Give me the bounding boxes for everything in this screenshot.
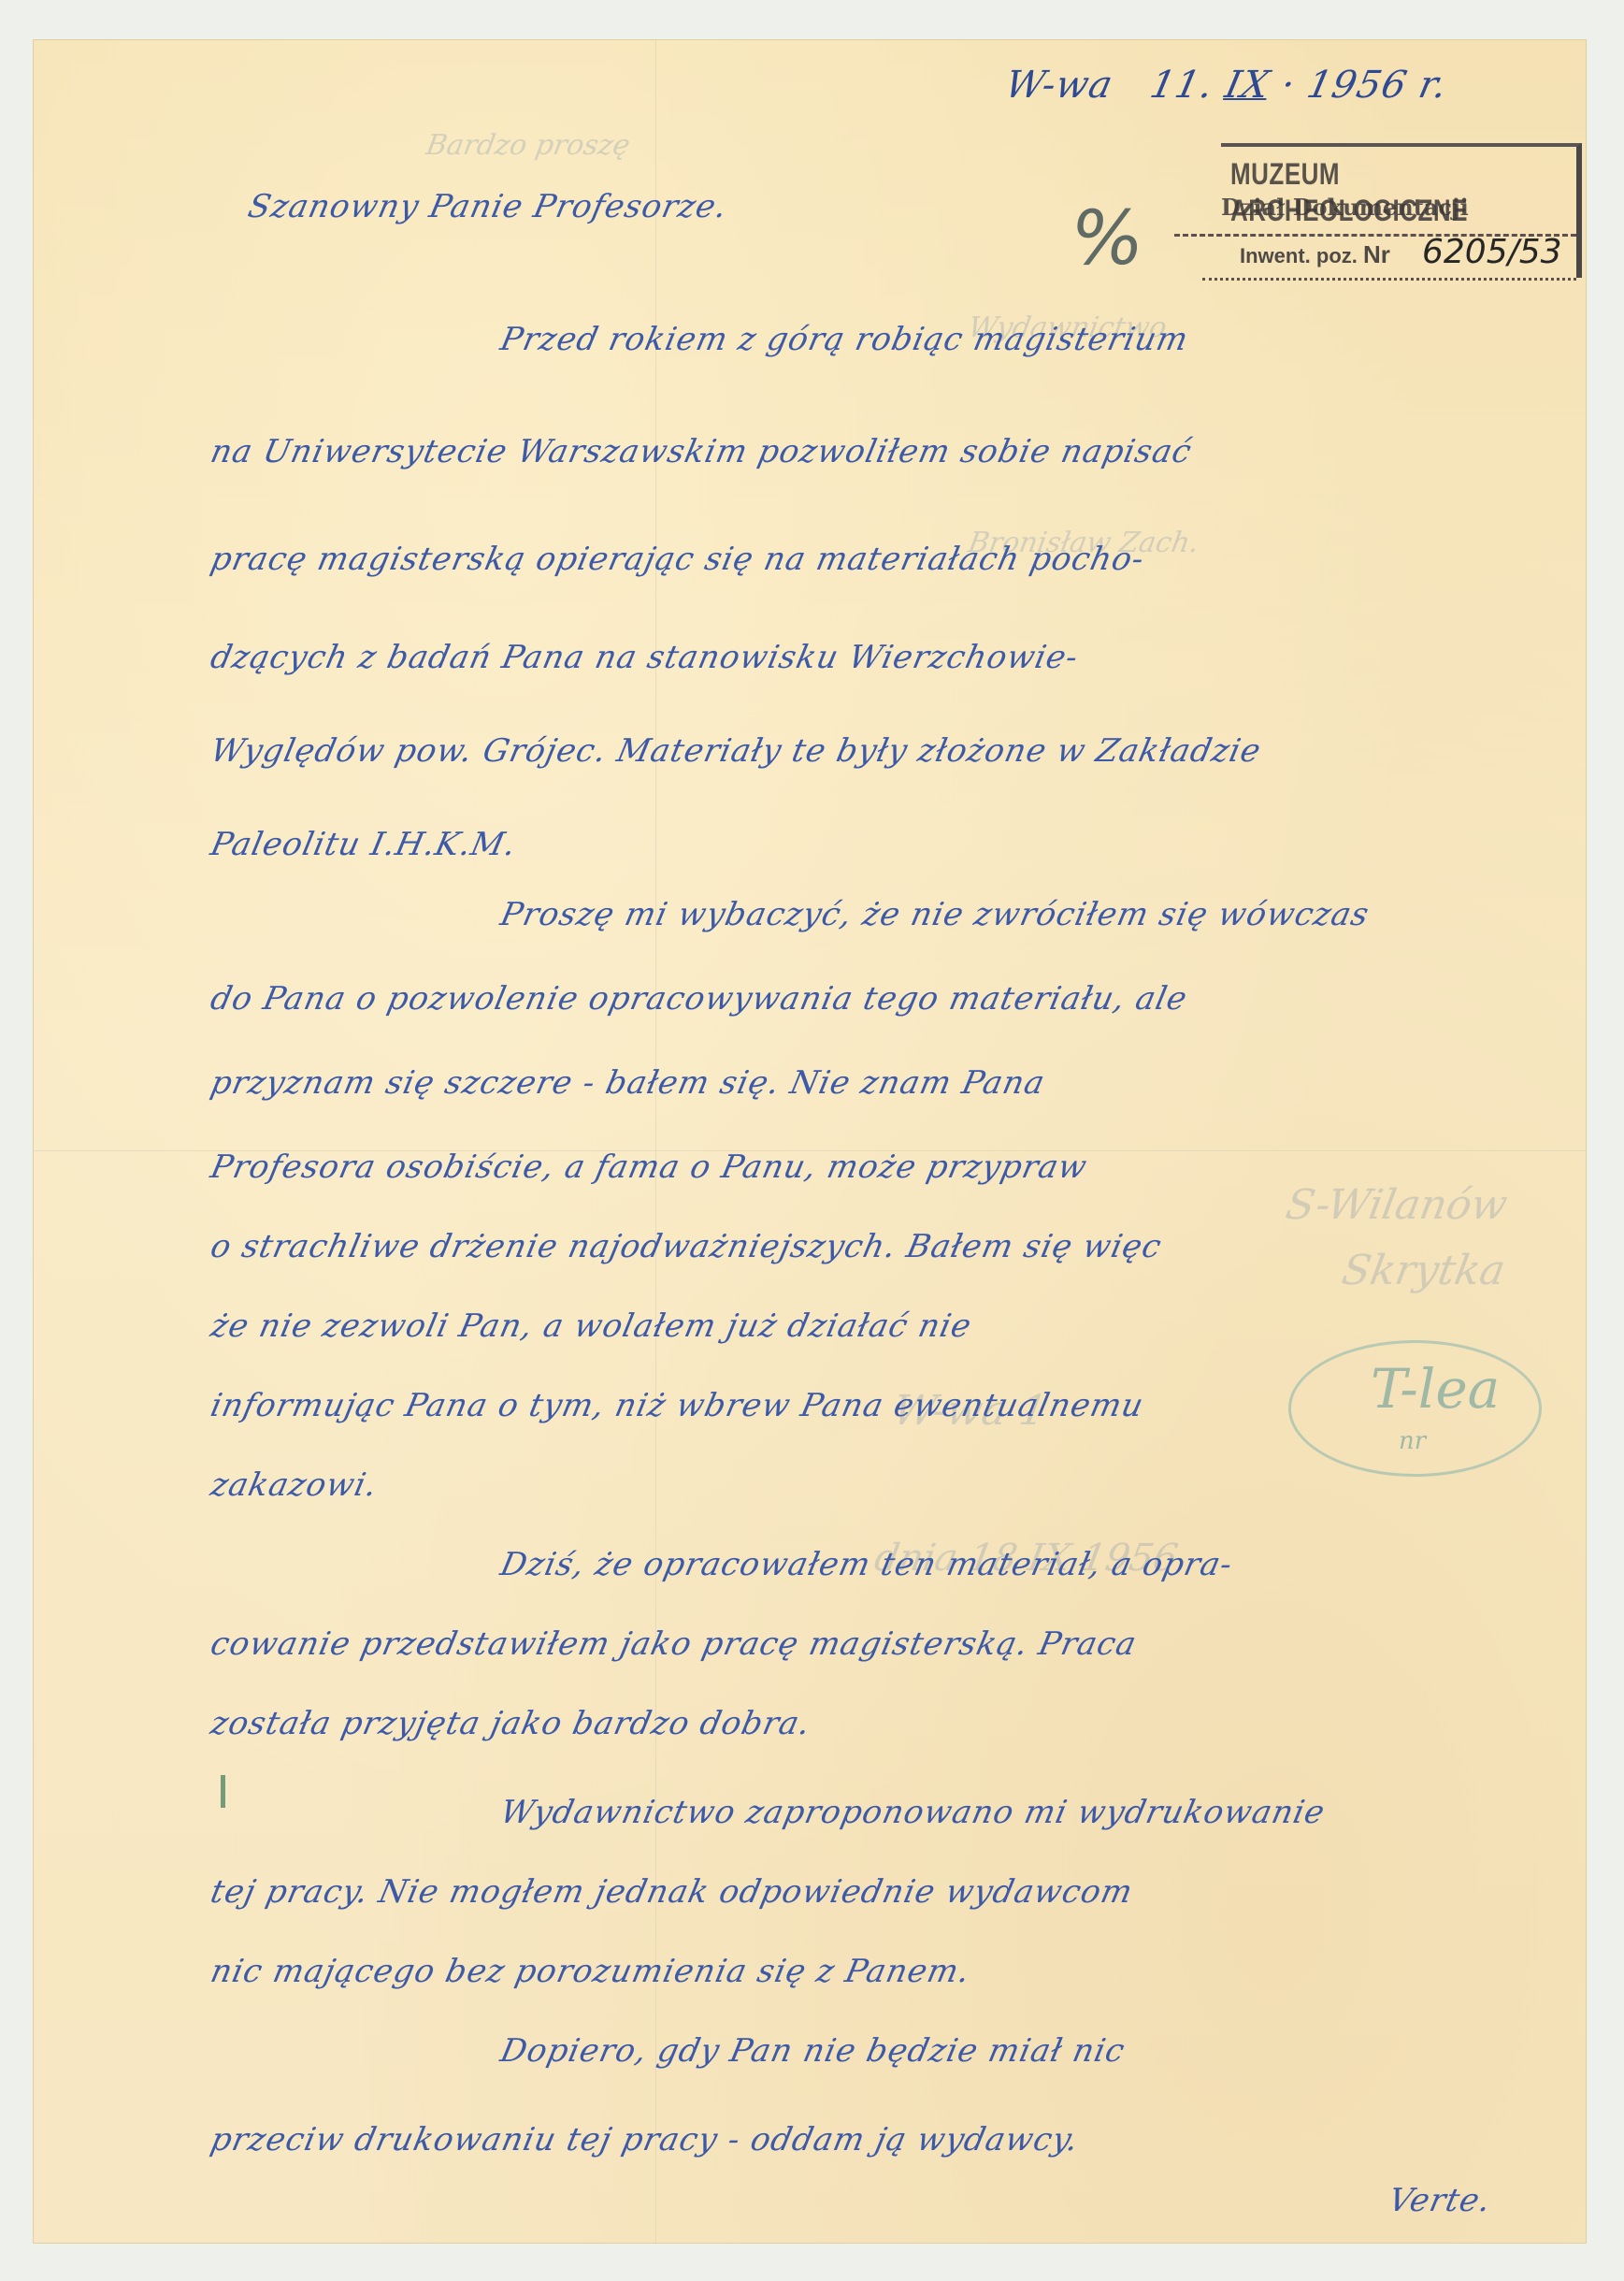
letter-line: przyznam się szczere - bałem się. Nie zn… [208,1064,1049,1102]
closing-verte: Verte. [1386,2182,1495,2219]
bleed-through-note: S-Wilanów [1283,1181,1512,1229]
filing-mark: % [1065,195,1148,282]
letter-paper: Bardzo proszę Wydawnictwo Bronisław Zach… [34,40,1586,2243]
bleed-through-text: Bardzo proszę [424,129,633,162]
date-day: 11. [1146,64,1217,107]
stamp-inventory-label: Inwent. poz. Nr [1240,240,1390,269]
date-year: 1956 r. [1303,64,1452,107]
stamp-bottom-rule [1202,278,1576,281]
letter-line: o strachliwe drżenie najodważniejszych. … [208,1228,1166,1265]
letter-line: Paleolitu I.H.K.M. [208,826,520,863]
bleed-through-note: Skrytka [1339,1247,1509,1294]
letter-line: pracę magisterską opierając się na mater… [208,541,1148,578]
letter-line: informując Pana o tym, niż wbrew Pana ew… [208,1387,1147,1424]
letter-line: do Pana o pozwolenie opracowywania tego … [208,980,1191,1018]
letter-line: Profesora osobiście, a fama o Panu, może… [208,1148,1091,1186]
letter-line: Wydawnictwo zaproponowano mi wydrukowani… [497,1794,1329,1831]
circle-stamp-subtext: nr [1399,1427,1426,1455]
letter-line: tej pracy. Nie mogłem jednak odpowiednie… [208,1873,1137,1911]
letter-line: cowanie przedstawiłem jako pracę magiste… [208,1625,1141,1663]
letter-line: Wyględów pow. Grójec. Materiały te były … [208,732,1265,770]
letter-line: nic mającego bez porozumienia się z Pane… [208,1953,974,1990]
green-ink-mark [221,1775,225,1808]
letter-date: W-wa 11. IX · 1956 r. [1001,64,1451,107]
letter-line: na Uniwersytecie Warszawskim pozwoliłem … [208,433,1196,470]
salutation: Szanowny Panie Profesorze. [245,188,731,225]
stamp-nr-label: Nr [1363,240,1390,268]
letter-line: Przed rokiem z górą robiąc magisterium [497,321,1192,358]
letter-line: że nie zezwoli Pan, a wolałem już działa… [208,1307,975,1345]
letter-line: Proszę mi wybaczyć, że nie zwróciłem się… [497,896,1372,933]
date-month: IX [1221,64,1273,107]
stamp-department: Dział Dokumentacji [1221,194,1469,221]
letter-line: dzących z badań Pana na stanowisku Wierz… [208,639,1083,676]
letter-line: Dopiero, gdy Pan nie będzie miał nic [497,2032,1128,2070]
museum-archive-stamp: MUZEUM ARCHEOLOGICZNE Dział Dokumentacji… [1221,143,1582,278]
circle-stamp-bleed: T-lea nr [1288,1340,1542,1477]
date-place: W-wa [1001,64,1117,107]
stamp-inventory-number: 6205/53 [1422,233,1562,271]
vertical-fold-line [655,40,657,2243]
letter-line: Dziś, że opracowałem ten materiał, a opr… [497,1546,1236,1583]
stamp-inv-label: Inwent. poz. [1240,244,1358,267]
letter-line: została przyjęta jako bardzo dobra. [208,1705,814,1742]
letter-line: zakazowi. [208,1466,381,1504]
circle-stamp-text: T-lea [1371,1357,1500,1421]
letter-line: przeciw drukowaniu tej pracy - oddam ją … [208,2121,1083,2158]
